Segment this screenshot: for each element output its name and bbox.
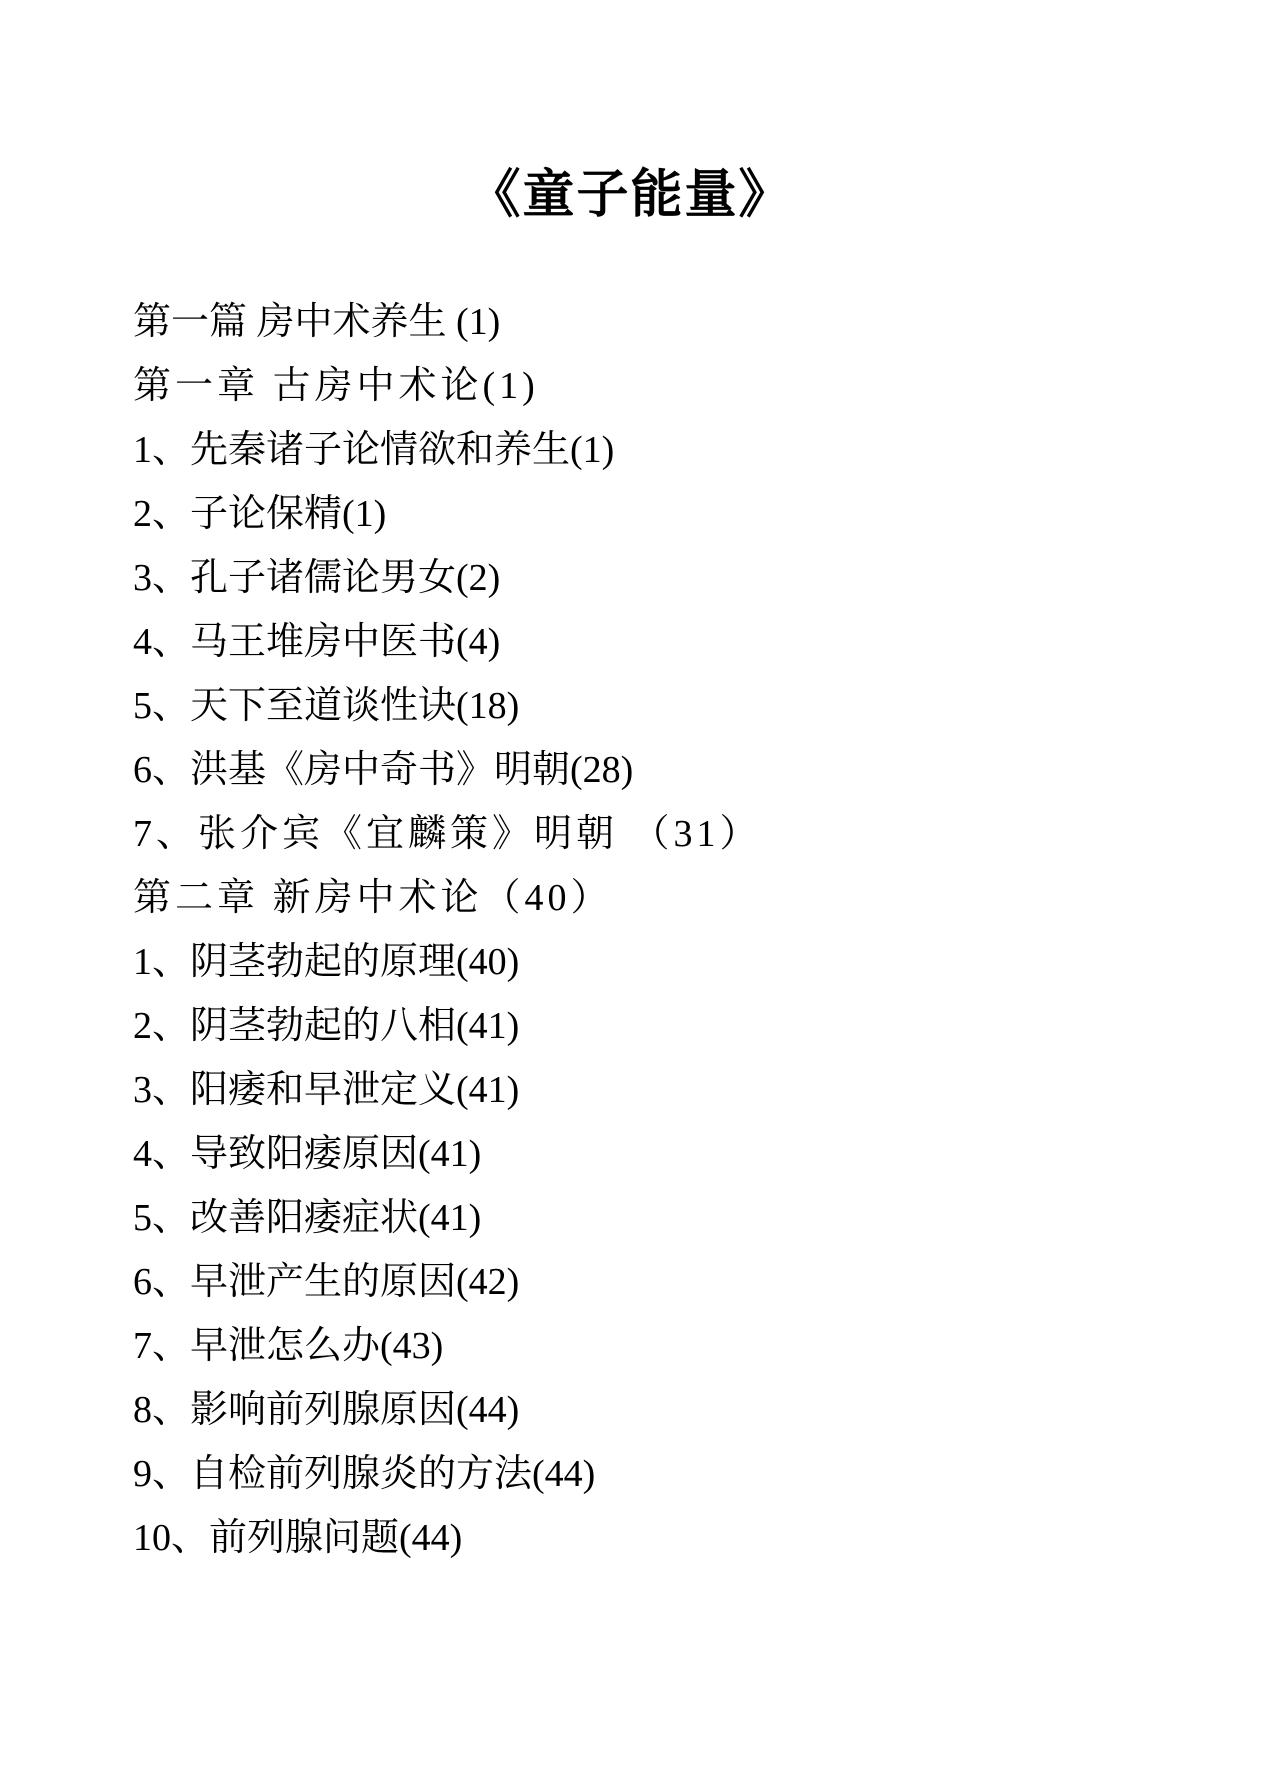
toc-entry: 1、阴茎勃起的原理(40) bbox=[133, 930, 1161, 994]
toc-entry: 3、阳痿和早泄定义(41) bbox=[133, 1058, 1161, 1122]
toc-entry: 1、先秦诸子论情欲和养生(1) bbox=[133, 418, 1161, 482]
toc-entry: 7、早泄怎么办(43) bbox=[133, 1314, 1161, 1378]
toc-entry: 9、自检前列腺炎的方法(44) bbox=[133, 1442, 1161, 1506]
toc-entry: 2、子论保精(1) bbox=[133, 482, 1161, 546]
toc-entry: 6、早泄产生的原因(42) bbox=[133, 1250, 1161, 1314]
document-page: 《童子能量》 第一篇 房中术养生 (1) 第一章 古房中术论(1) 1、先秦诸子… bbox=[0, 0, 1261, 1784]
toc-entry: 4、导致阳痿原因(41) bbox=[133, 1122, 1161, 1186]
toc-entry-chapter-1: 第一章 古房中术论(1) bbox=[133, 354, 1161, 418]
toc-entry: 7、张介宾《宜麟策》明朝 （31） bbox=[133, 802, 1161, 866]
toc-entry: 5、天下至道谈性诀(18) bbox=[133, 674, 1161, 738]
toc-entry-chapter-2: 第二章 新房中术论（40） bbox=[133, 866, 1161, 930]
toc-entry: 4、马王堆房中医书(4) bbox=[133, 610, 1161, 674]
toc-entry: 5、改善阳痿症状(41) bbox=[133, 1186, 1161, 1250]
document-title: 《童子能量》 bbox=[0, 0, 1261, 227]
toc-entry: 3、孔子诸儒论男女(2) bbox=[133, 546, 1161, 610]
toc-entry: 6、洪基《房中奇书》明朝(28) bbox=[133, 738, 1161, 802]
toc-entry: 10、前列腺问题(44) bbox=[133, 1506, 1161, 1570]
table-of-contents: 第一篇 房中术养生 (1) 第一章 古房中术论(1) 1、先秦诸子论情欲和养生(… bbox=[133, 290, 1161, 1570]
toc-entry: 8、影响前列腺原因(44) bbox=[133, 1378, 1161, 1442]
toc-entry: 2、阴茎勃起的八相(41) bbox=[133, 994, 1161, 1058]
toc-entry-part-1: 第一篇 房中术养生 (1) bbox=[133, 290, 1161, 354]
